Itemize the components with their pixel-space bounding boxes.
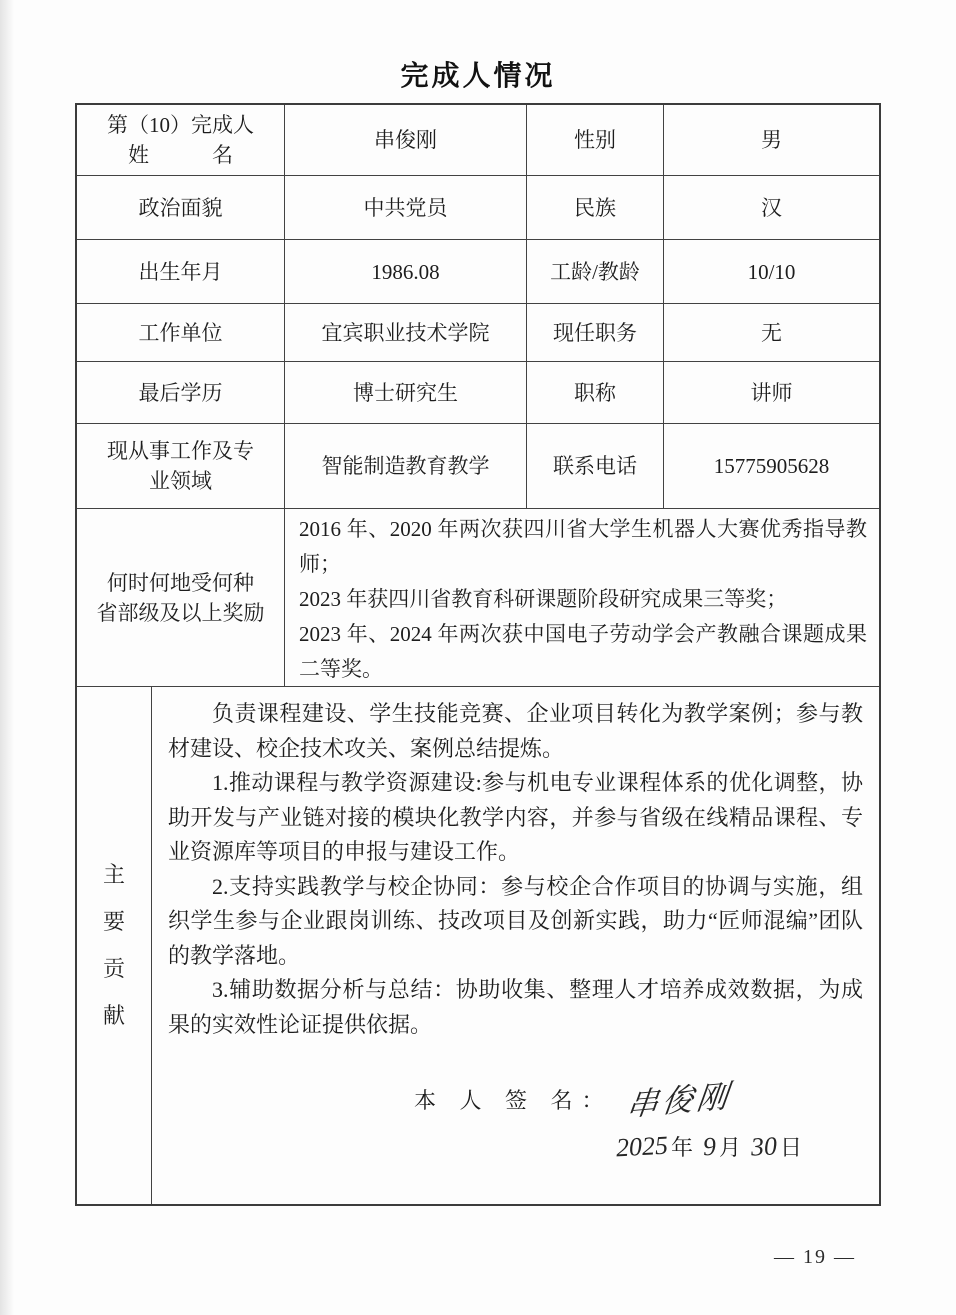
field-label-current-position: 现任职务 [527,304,664,362]
handwritten-day: 30 [750,1131,778,1162]
contribution-paragraph: 2.支持实践教学与校企协同：参与校企合作项目的协调与实施，组织学生参与企业跟岗训… [168,870,863,974]
field-label-gender: 性别 [527,105,664,176]
field-label-title: 职称 [527,362,664,424]
handwritten-month: 9 [702,1132,717,1163]
month-unit-label: 月 [719,1133,741,1163]
field-label-awards: 何时何地受何种 省部级及以上奖励 [77,509,285,687]
field-label-current-work-field: 现从事工作及专 业领域 [77,424,285,509]
handwritten-year: 2025 [615,1131,668,1164]
field-label-name: 第（10）完成人 姓 名 [77,105,285,176]
field-value-phone: 15775905628 [664,424,879,509]
signature-date-row: 2025 年 9 月 30 日 [616,1132,863,1163]
contribution-paragraph: 负责课程建设、学生技能竞赛、企业项目转化为教学案例；参与教材建设、校企技术攻关、… [168,697,863,766]
vertical-label-char: 要 [103,907,125,937]
field-value-gender: 男 [664,105,879,176]
field-value-name: 串俊刚 [285,105,527,176]
page-title: 完成人情况 [0,54,956,94]
field-label-education: 最后学历 [77,362,285,424]
field-value-current-work-field: 智能制造教育教学 [285,424,527,509]
field-value-main-contributions: 负责课程建设、学生技能竞赛、企业项目转化为教学案例；参与教材建设、校企技术攻关、… [152,687,879,1204]
vertical-label-char: 献 [103,1001,125,1031]
signature-label: 本 人 签 名： [414,1086,613,1116]
signature-row: 本 人 签 名： 串俊刚 [414,1086,863,1116]
field-label-phone: 联系电话 [527,424,664,509]
field-value-title: 讲师 [664,362,879,424]
vertical-label-char: 主 [103,860,125,890]
field-value-awards: 2016 年、2020 年两次获四川省大学生机器人大赛优秀指导教师； 2023 … [285,509,879,687]
completer-info-table: 第（10）完成人 姓 名 串俊刚 性别 男 政治面貌 中共党员 民族 汉 出生年… [75,103,881,1206]
field-value-work-unit: 宜宾职业技术学院 [285,304,527,362]
handwritten-signature: 串俊刚 [625,1081,733,1121]
contribution-paragraph: 1.推动课程与教学资源建设:参与机电专业课程体系的优化调整，协助开发与产业链对接… [168,766,863,870]
field-label-ethnicity: 民族 [527,176,664,240]
field-label-political-status: 政治面貌 [77,176,285,240]
field-label-birth-date: 出生年月 [77,240,285,304]
field-value-birth-date: 1986.08 [285,240,527,304]
field-value-political-status: 中共党员 [285,176,527,240]
vertical-label-char: 贡 [103,954,125,984]
year-unit-label: 年 [671,1133,693,1163]
day-unit-label: 日 [780,1133,802,1163]
field-value-ethnicity: 汉 [664,176,879,240]
field-value-current-position: 无 [664,304,879,362]
page-number: — 19 — [774,1246,856,1269]
field-value-education: 博士研究生 [285,362,527,424]
contribution-paragraph: 3.辅助数据分析与总结：协助收集、整理人才培养成效数据，为成果的实效性论证提供依… [168,973,863,1042]
field-label-work-unit: 工作单位 [77,304,285,362]
document-page: 完成人情况 第（10）完成人 姓 名 串俊刚 性别 男 政治面貌 中共党员 民族… [0,0,956,1315]
field-label-main-contributions: 主 要 贡 献 [77,687,152,1204]
field-label-seniority: 工龄/教龄 [527,240,664,304]
field-value-seniority: 10/10 [664,240,879,304]
